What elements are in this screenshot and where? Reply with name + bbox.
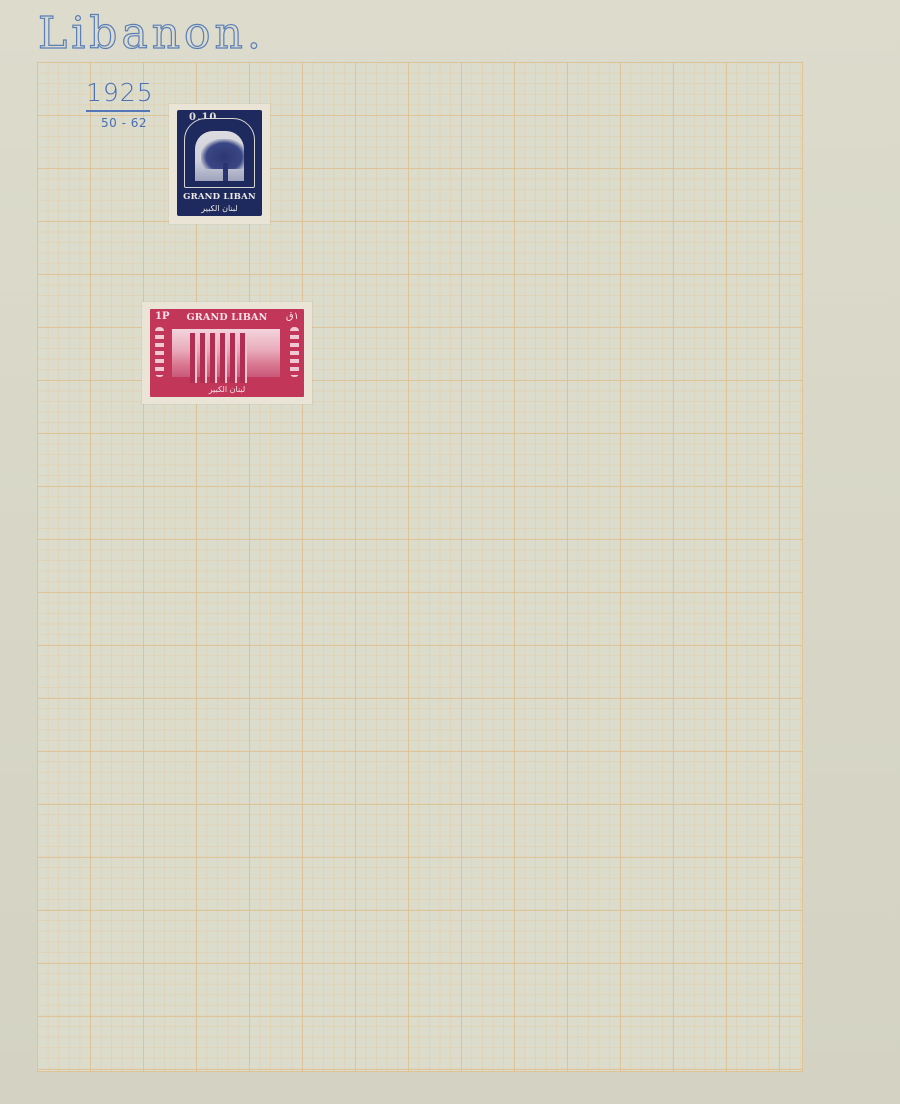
year-underline: [86, 110, 150, 112]
column-icon: [200, 333, 205, 383]
issue-year: 1925: [86, 78, 154, 107]
stamp-country-label: GRAND LIBAN: [177, 192, 262, 202]
column-icon: [230, 333, 235, 383]
catalogue-range: 50 - 62: [101, 116, 147, 130]
stamp-country-label: GRAND LIBAN: [150, 312, 304, 323]
stamp-vignette: [184, 118, 255, 188]
column-icon: [240, 333, 245, 383]
cedar-stamp[interactable]: 0,10 GRAND LIBAN لبنان الكبير: [169, 104, 270, 224]
stamp-arabic-label: لبنان الكبير: [150, 385, 304, 394]
column-icon: [190, 333, 195, 383]
album-page: Libanon. 1925 50 - 62 0,10 GRAND LIBAN ل…: [0, 0, 900, 1104]
stamp-frame: 0,10 GRAND LIBAN لبنان الكبير: [177, 110, 262, 216]
baalbek-scene: [172, 329, 280, 377]
stamp-arabic-label: لبنان الكبير: [177, 204, 262, 213]
column-icon: [210, 333, 215, 383]
stamp-frame: 1P ١ق GRAND LIBAN لبنان الكبير: [150, 309, 304, 397]
baalbek-stamp[interactable]: 1P ١ق GRAND LIBAN لبنان الكبير: [142, 302, 312, 404]
right-ornament-icon: [290, 327, 299, 377]
tree-trunk: [223, 163, 228, 181]
left-ornament-icon: [155, 327, 164, 377]
graph-paper-grid: [37, 62, 803, 1072]
country-heading: Libanon.: [38, 12, 265, 56]
column-icon: [220, 333, 225, 383]
cedar-scene: [195, 131, 244, 181]
